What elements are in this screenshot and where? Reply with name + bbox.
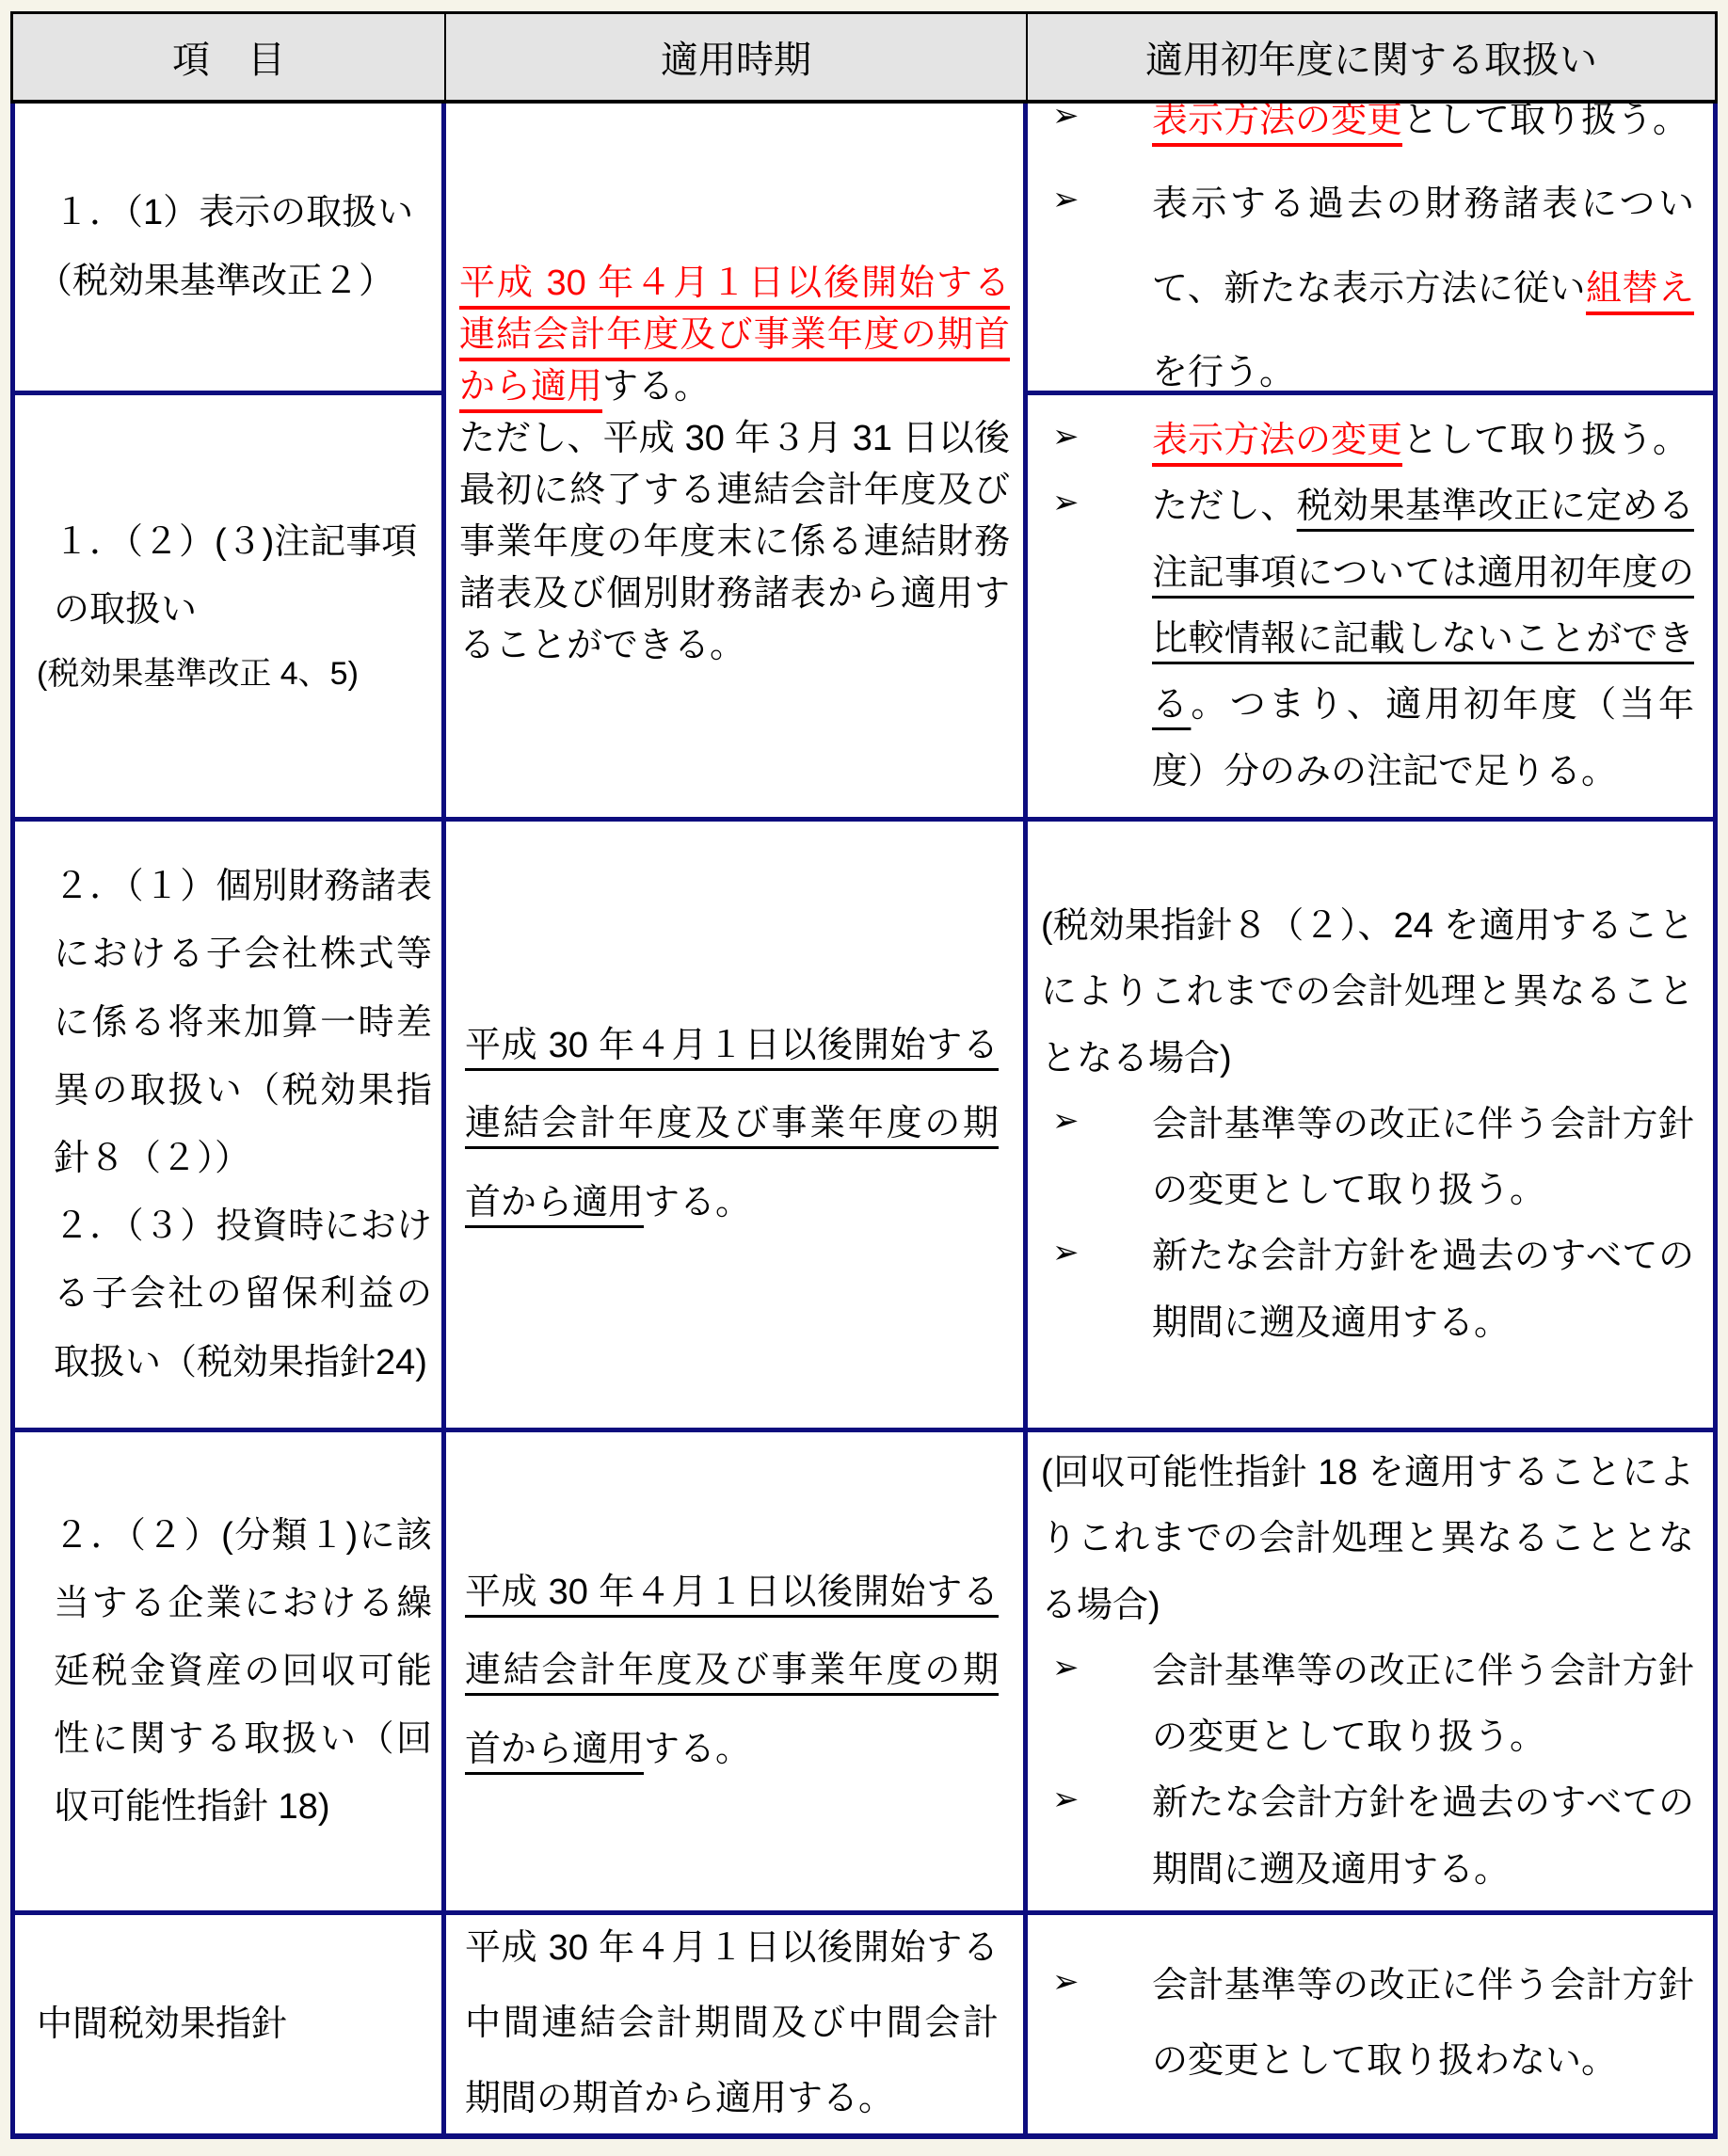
bullet-arrow-icon: ➢ <box>1041 163 1152 238</box>
cell-row4-timing: 平成 30 年４月１日以後開始する連結会計年度及び事業年度の期首から適用する。 <box>446 1432 1028 1915</box>
bullet-text: 会計基準等の改正に伴う会計方針の変更として取り扱う。 <box>1152 1092 1694 1224</box>
cell-row2-first-year-treatment: ➢表示方法の変更として取り扱う。➢ただし、税効果基準改正に定める注記事項について… <box>1028 395 1718 822</box>
header-cell-first-year-treatment: 適用初年度に関する取扱い <box>1028 11 1718 104</box>
text-line: 平成 30 年４月１日以後開始する連結会計年度及び事業年度の期首から適用する。 <box>465 1007 999 1243</box>
application-timing-table: 項 目 適用時期 適用初年度に関する取扱い １．（1）表示の取扱い（税効果基準改… <box>10 11 1718 2139</box>
text-line: ２．（３）投資時における子会社の留保利益の取扱い（税効果指針24) <box>54 1192 432 1397</box>
bullet-line: ➢新たな会計方針を過去のすべての期間に遡及適用する。 <box>1041 1770 1694 1903</box>
plain-text: １．（２）(３)注記事項 <box>54 522 417 562</box>
cell-row2-item: １．（２）(３)注記事項の取扱い(税効果基準改正 4、5) <box>10 395 446 822</box>
bullet-line: ➢ただし、税効果基準改正に定める注記事項については適用初年度の比較情報に記載しな… <box>1041 473 1694 804</box>
bullet-text: 新たな会計方針を過去のすべての期間に遡及適用する。 <box>1152 1223 1694 1356</box>
plain-text: 平成 30 年４月１日以後開始する中間連結会計期間及び中間会計期間の期首から適用… <box>465 1928 999 2118</box>
bullet-text: 表示方法の変更として取り扱う。 <box>1152 104 1694 163</box>
cell-row4-first-year-treatment: (回収可能性指針 18 を適用することによりこれまでの会計処理と異なることとなる… <box>1028 1432 1718 1915</box>
text-line: ２．（１）個別財務諸表における子会社株式等に係る将来加算一時差異の取扱い（税効果… <box>54 853 432 1192</box>
header-cell-timing: 適用時期 <box>446 11 1028 104</box>
cell-row3-item: ２．（１）個別財務諸表における子会社株式等に係る将来加算一時差異の取扱い（税効果… <box>10 822 446 1432</box>
bullet-arrow-icon: ➢ <box>1041 1638 1152 1698</box>
text-line: 平成 30 年４月１日以後開始する中間連結会計期間及び中間会計期間の期首から適用… <box>465 1915 999 2137</box>
plain-text: １．（1）表示の取扱い <box>54 193 413 232</box>
bullet-arrow-icon: ➢ <box>1041 104 1152 154</box>
plain-text: 新たな会計方針を過去のすべての期間に遡及適用する。 <box>1152 1237 1694 1342</box>
bullet-arrow-icon: ➢ <box>1041 1092 1152 1151</box>
red-emphasis-text: 平成 30 年４月１日以後開始する連結会計年度及び事業年度の期首から適用 <box>459 264 1010 407</box>
cell-row1-2-timing-merged: 平成 30 年４月１日以後開始する連結会計年度及び事業年度の期首から適用する。た… <box>446 104 1028 822</box>
text-line: (回収可能性指針 18 を適用することによりこれまでの会計処理と異なることとなる… <box>1041 1440 1694 1638</box>
bullet-arrow-icon: ➢ <box>1041 473 1152 533</box>
text-line: 平成 30 年４月１日以後開始する連結会計年度及び事業年度の期首から適用する。 <box>465 1554 999 1790</box>
text-line: 平成 30 年４月１日以後開始する連結会計年度及び事業年度の期首から適用する。 <box>459 253 1010 408</box>
red-emphasis-text: 表示方法の変更 <box>1152 421 1402 460</box>
document-page: { "colors": { "body_border_navy": "#0d0d… <box>0 0 1728 2156</box>
plain-text: として取り扱う。 <box>1402 421 1688 460</box>
bullet-line: ➢会計基準等の改正に伴う会計方針の変更として取り扱う。 <box>1041 1638 1694 1771</box>
bullet-arrow-icon: ➢ <box>1041 1770 1152 1829</box>
plain-text: 会計基準等の改正に伴う会計方針の変更として取り扱わない。 <box>1152 1966 1694 2081</box>
bullet-arrow-icon: ➢ <box>1041 407 1152 467</box>
plain-text: (回収可能性指針 18 を適用することによりこれまでの会計処理と異なることとなる… <box>1041 1453 1694 1625</box>
bullet-line: ➢表示方法の変更として取り扱う。 <box>1041 407 1694 473</box>
bullet-line: ➢会計基準等の改正に伴う会計方針の変更として取り扱わない。 <box>1041 1949 1694 2100</box>
plain-text: を行う。 <box>1152 353 1295 392</box>
bullet-line: ➢表示方法の変更として取り扱う。 <box>1041 104 1694 163</box>
text-line: 中間税効果指針 <box>37 1990 432 2058</box>
bullet-text: 新たな会計方針を過去のすべての期間に遡及適用する。 <box>1152 1770 1694 1903</box>
plain-text: 。つまり、適用初年度（当年度）分のみの注記で足りる。 <box>1152 685 1694 791</box>
bullet-text: 表示する過去の財務諸表について、新たな表示方法に従い組替えを行う。 <box>1152 163 1694 395</box>
bullet-text: 会計基準等の改正に伴う会計方針の変更として取り扱わない。 <box>1152 1949 1694 2100</box>
cell-row1-item: １．（1）表示の取扱い（税効果基準改正２） <box>10 104 446 395</box>
plain-text: (税効果指針８（２）、24 を適用することによりこれまでの会計処理と異なることと… <box>1041 906 1694 1078</box>
text-line: ２．（２）(分類１)に該当する企業における繰延税金資産の回収可能性に関する取扱い… <box>54 1502 432 1842</box>
cell-row3-first-year-treatment: (税効果指針８（２）、24 を適用することによりこれまでの会計処理と異なることと… <box>1028 822 1718 1432</box>
plain-text: ２．（３）投資時における子会社の留保利益の取扱い（税効果指針24) <box>54 1206 432 1381</box>
bullet-line: ➢新たな会計方針を過去のすべての期間に遡及適用する。 <box>1041 1223 1694 1356</box>
bullet-arrow-icon: ➢ <box>1041 1949 1152 2016</box>
cell-row3-timing: 平成 30 年４月１日以後開始する連結会計年度及び事業年度の期首から適用する。 <box>446 822 1028 1432</box>
bullet-text: 表示方法の変更として取り扱う。 <box>1152 407 1694 473</box>
cell-row5-item: 中間税効果指針 <box>10 1915 446 2139</box>
plain-text: する。 <box>644 1183 751 1222</box>
red-emphasis-text: 表示方法の変更 <box>1152 104 1402 140</box>
plain-text: （税効果基準改正２） <box>37 262 394 301</box>
text-line: ただし、平成 30 年３月 31 日以後最初に終了する連結会計年度及び事業年度の… <box>459 408 1010 667</box>
text-line: （税効果基準改正２） <box>37 248 432 315</box>
plain-text: ただし、平成 30 年３月 31 日以後最初に終了する連結会計年度及び事業年度の… <box>459 419 1010 665</box>
plain-text: の取扱い <box>54 590 197 630</box>
plain-text: ２．（１）個別財務諸表における子会社株式等に係る将来加算一時差異の取扱い（税効果… <box>54 867 432 1178</box>
red-emphasis-text: 組替え <box>1586 269 1694 309</box>
cell-row1-first-year-treatment: ➢表示方法の変更として取り扱う。➢表示する過去の財務諸表について、新たな表示方法… <box>1028 104 1718 395</box>
plain-text: として取り扱う。 <box>1402 104 1688 140</box>
bullet-line: ➢会計基準等の改正に伴う会計方針の変更として取り扱う。 <box>1041 1092 1694 1224</box>
plain-text: 中間税効果指針 <box>37 2004 287 2044</box>
bullet-text: 会計基準等の改正に伴う会計方針の変更として取り扱う。 <box>1152 1638 1694 1771</box>
bullet-arrow-icon: ➢ <box>1041 1223 1152 1283</box>
plain-text: ２．（２）(分類１)に該当する企業における繰延税金資産の回収可能性に関する取扱い… <box>54 1516 432 1828</box>
plain-text: 会計基準等の改正に伴う会計方針の変更として取り扱う。 <box>1152 1652 1694 1757</box>
bullet-text: ただし、税効果基準改正に定める注記事項については適用初年度の比較情報に記載しない… <box>1152 473 1694 804</box>
text-line: の取扱い <box>54 576 432 644</box>
plain-text: (税効果基準改正 4、5) <box>37 656 359 692</box>
header-cell-item: 項 目 <box>10 11 446 104</box>
bullet-line: ➢表示する過去の財務諸表について、新たな表示方法に従い組替えを行う。 <box>1041 163 1694 395</box>
cell-row4-item: ２．（２）(分類１)に該当する企業における繰延税金資産の回収可能性に関する取扱い… <box>10 1432 446 1915</box>
text-line: (税効果基準改正 4、5) <box>37 644 432 705</box>
plain-text: ただし、 <box>1152 487 1297 526</box>
cell-row5-first-year-treatment: ➢会計基準等の改正に伴う会計方針の変更として取り扱わない。 <box>1028 1915 1718 2139</box>
cell-row5-timing: 平成 30 年４月１日以後開始する中間連結会計期間及び中間会計期間の期首から適用… <box>446 1915 1028 2139</box>
plain-text: する。 <box>602 367 710 407</box>
text-line: (税効果指針８（２）、24 を適用することによりこれまでの会計処理と異なることと… <box>1041 893 1694 1092</box>
plain-text: 新たな会計方針を過去のすべての期間に遡及適用する。 <box>1152 1783 1694 1889</box>
text-line: １．（1）表示の取扱い <box>54 179 432 247</box>
plain-text: 会計基準等の改正に伴う会計方針の変更として取り扱う。 <box>1152 1105 1694 1210</box>
text-line: １．（２）(３)注記事項 <box>54 508 432 576</box>
plain-text: する。 <box>644 1730 751 1769</box>
